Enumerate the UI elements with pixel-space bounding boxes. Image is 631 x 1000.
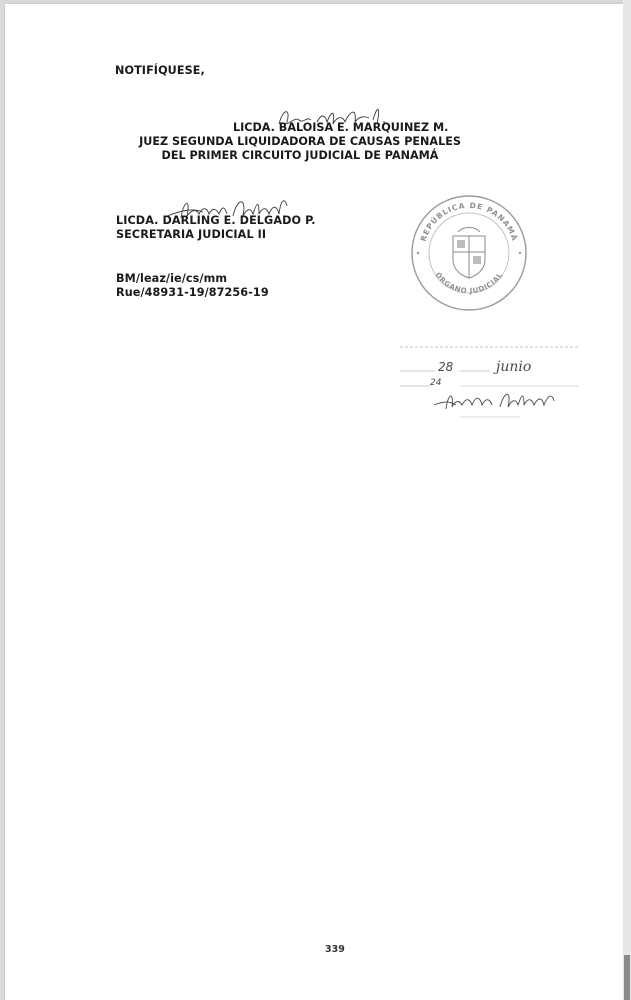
judge-title-line2: DEL PRIMER CIRCUITO JUDICIAL DE PANAMÁ <box>115 149 485 163</box>
judge-signature-block: LICDA. BALOISA E. MARQUINEZ M. JUEZ SEGU… <box>115 121 485 163</box>
official-stamp: REPÚBLICA DE PANAMÁ ÓRGANO JUDICIAL <box>408 192 530 314</box>
page-number: 339 <box>325 944 345 955</box>
secretary-name: LICDA. DARLING E. DELGADO P. <box>116 214 316 227</box>
scrollbar[interactable] <box>623 0 631 1000</box>
note-month: junio <box>493 359 531 375</box>
notification-received-note: 28 junio 24 <box>390 339 585 424</box>
initials-reference: BM/leaz/ie/cs/mm <box>116 272 227 285</box>
note-signature <box>434 394 554 409</box>
note-day: 28 <box>438 360 454 374</box>
coat-of-arms-icon <box>453 228 485 279</box>
salutation: NOTIFÍQUESE, <box>115 64 205 77</box>
judge-title-line1: JUEZ SEGUNDA LIQUIDADORA DE CAUSAS PENAL… <box>115 135 485 149</box>
secretary-title: SECRETARIA JUDICIAL II <box>116 228 266 241</box>
note-year: 24 <box>430 378 442 388</box>
document-page: NOTIFÍQUESE, LICDA. BALOISA E. MARQUINEZ… <box>5 4 623 1000</box>
case-number: Rue/48931-19/87256-19 <box>116 286 269 299</box>
scrollbar-thumb[interactable] <box>624 955 630 1000</box>
judge-name: LICDA. BALOISA E. MARQUINEZ M. <box>115 121 485 135</box>
